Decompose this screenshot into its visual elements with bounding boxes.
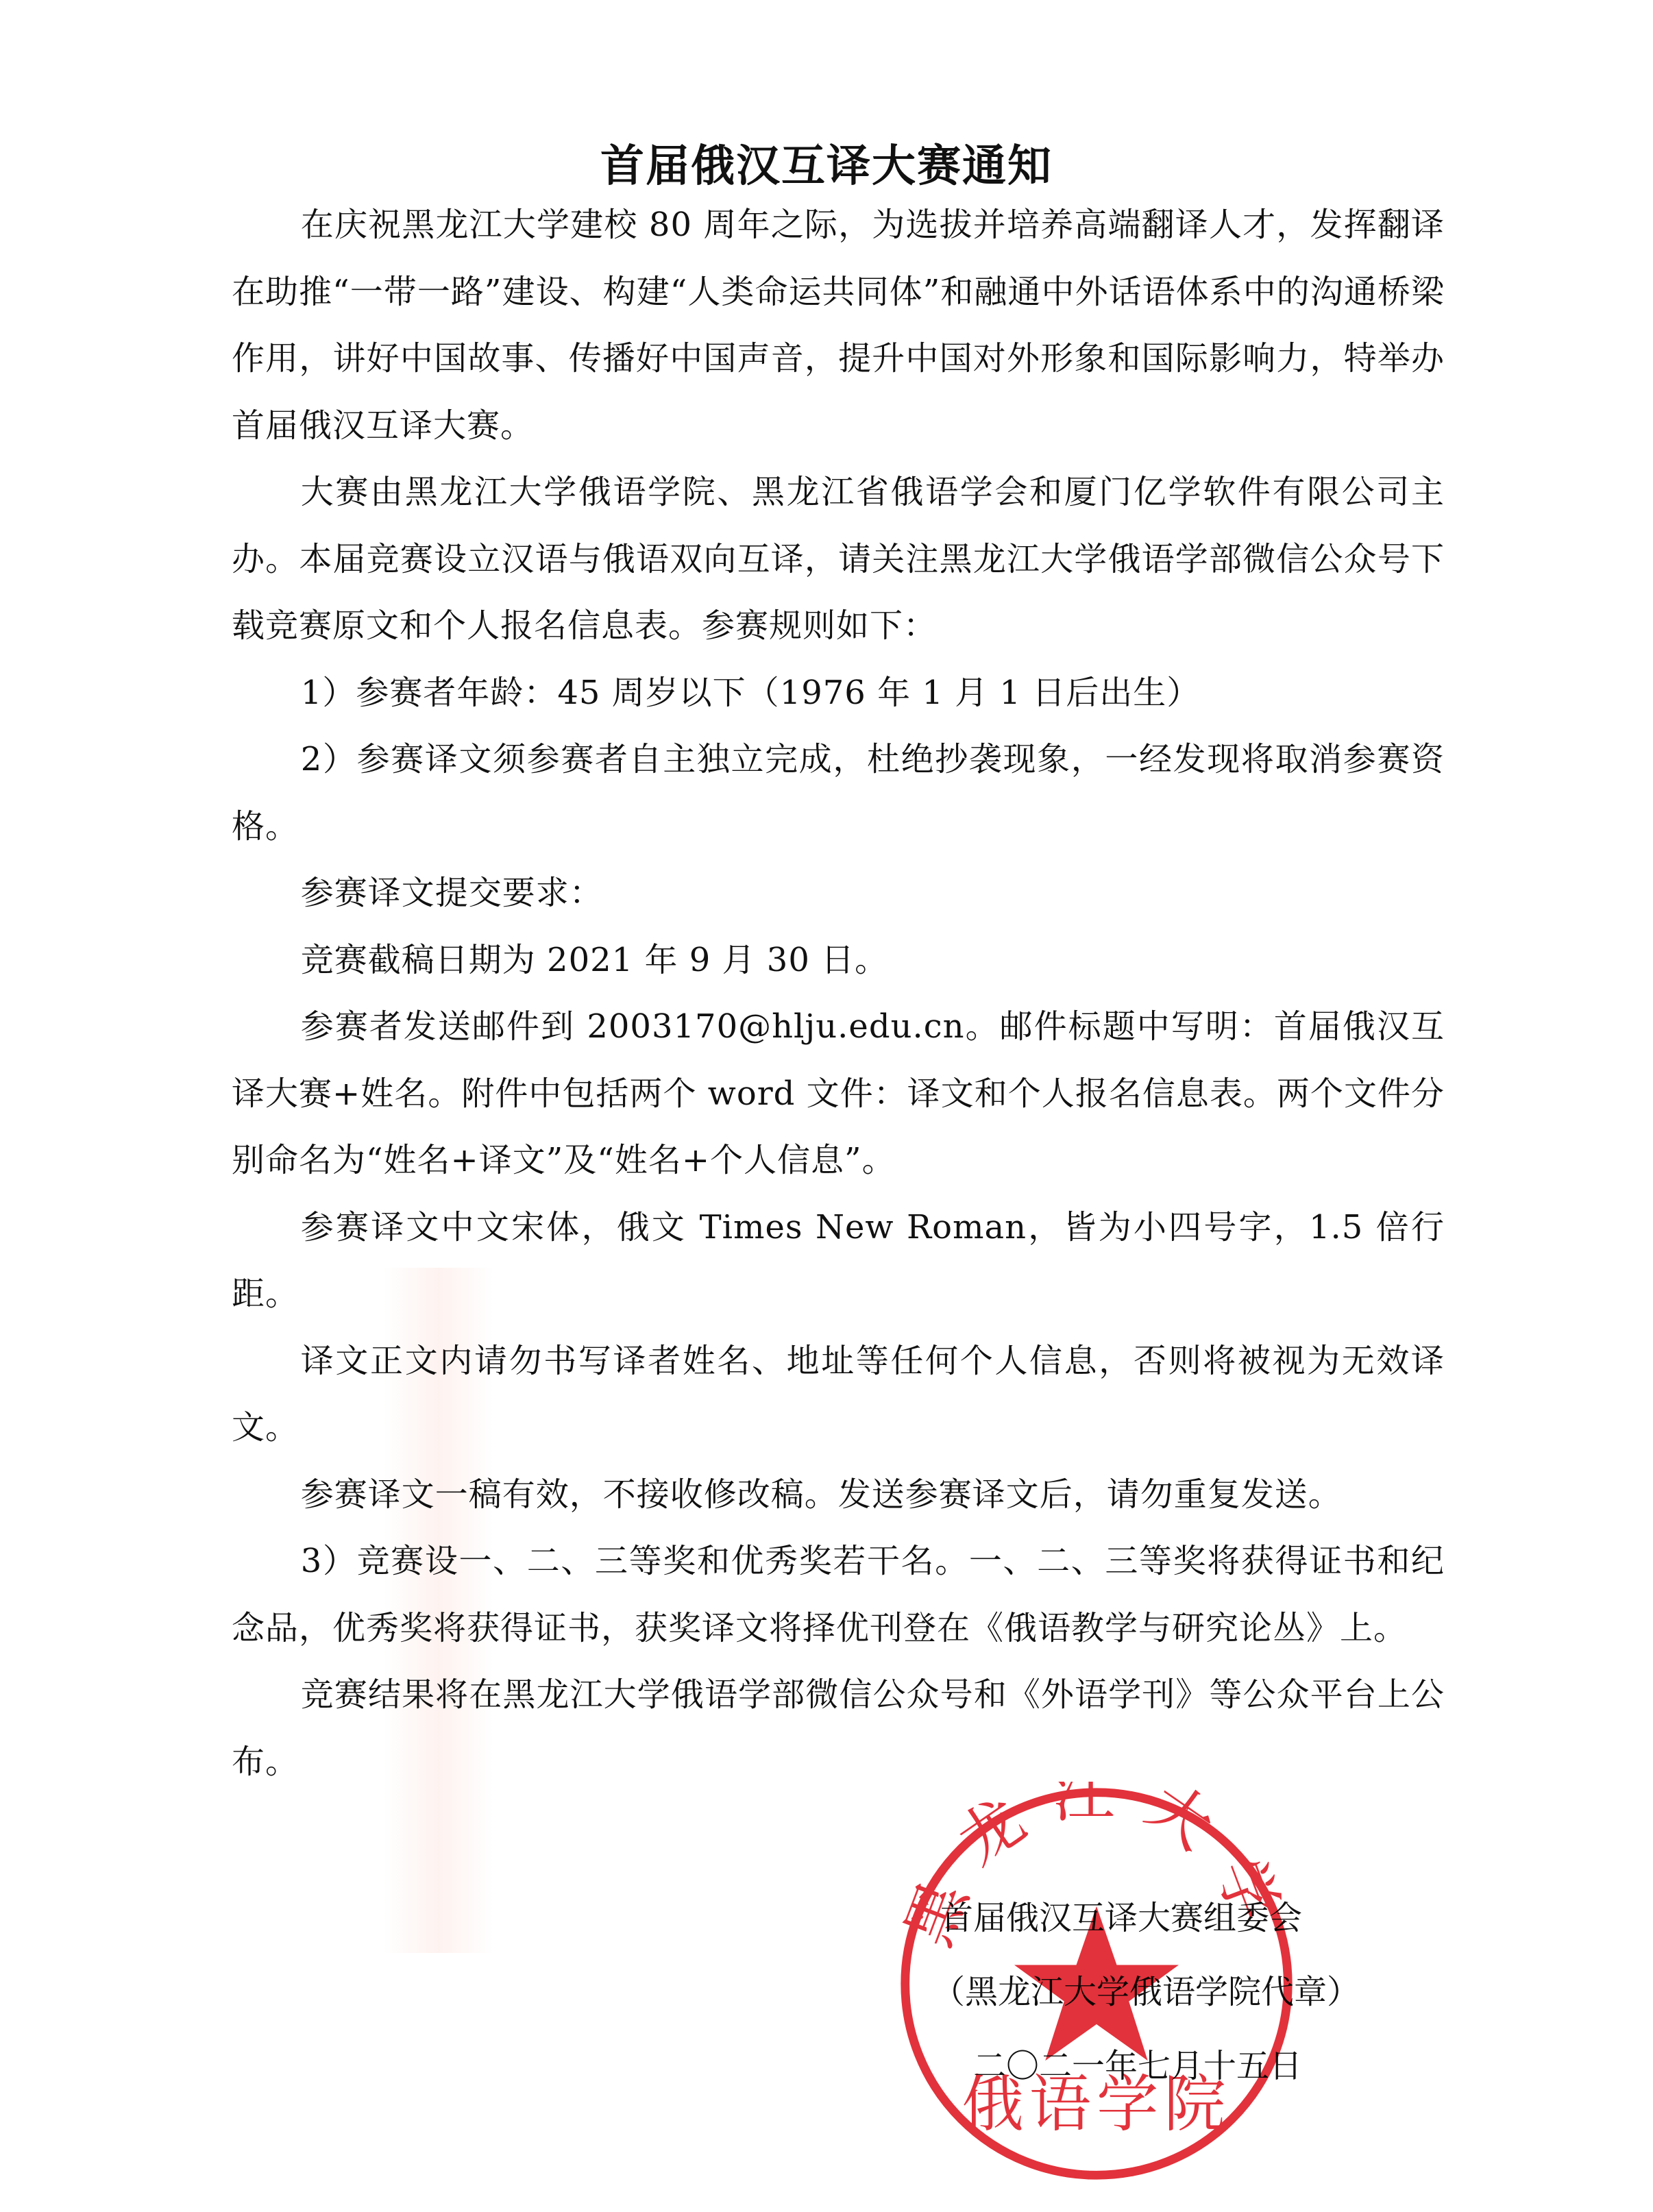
rule-age: 1）参赛者年龄：45 周岁以下（1976 年 1 月 1 日后出生） <box>232 660 1445 727</box>
document-page: 首届俄汉互译大赛通知 在庆祝黑龙江大学建校 80 周年之际，为选拔并培养高端翻译… <box>0 0 1653 2212</box>
paragraph-intro: 在庆祝黑龙江大学建校 80 周年之际，为选拔并培养高端翻译人才，发挥翻译在助推“… <box>232 192 1445 459</box>
rule-originality: 2）参赛译文须参赛者自主独立完成，杜绝抄袭现象，一经发现将取消参赛资格。 <box>232 726 1445 860</box>
submission-format: 参赛译文中文宋体，俄文 Times New Roman，皆为小四号字，1.5 倍… <box>232 1194 1445 1328</box>
submission-single-draft: 参赛译文一稿有效，不接收修改稿。发送参赛译文后，请勿重复发送。 <box>232 1462 1445 1529</box>
submission-anonymity: 译文正文内请勿书写译者姓名、地址等任何个人信息，否则将被视为无效译文。 <box>232 1328 1445 1462</box>
document-title: 首届俄汉互译大赛通知 <box>0 139 1653 194</box>
submission-deadline: 竞赛截稿日期为 2021 年 9 月 30 日。 <box>232 927 1445 994</box>
results-announcement: 竞赛结果将在黑龙江大学俄语学部微信公众号和《外语学刊》等公众平台上公布。 <box>232 1662 1445 1795</box>
signature-seal-note: （黑龙江大学俄语学院代章） <box>932 1955 1371 2029</box>
signature-date: 二〇二一年七月十五日 <box>932 2029 1371 2103</box>
signature-organizer: 首届俄汉互译大赛组委会 <box>932 1881 1371 1955</box>
submission-heading: 参赛译文提交要求： <box>232 860 1445 927</box>
document-body: 在庆祝黑龙江大学建校 80 周年之际，为选拔并培养高端翻译人才，发挥翻译在助推“… <box>232 192 1445 1795</box>
submission-email: 参赛者发送邮件到 2003170@hlju.edu.cn。邮件标题中写明：首届俄… <box>232 994 1445 1194</box>
paragraph-organizers: 大赛由黑龙江大学俄语学院、黑龙江省俄语学会和厦门亿学软件有限公司主办。本届竞赛设… <box>232 459 1445 660</box>
signature-block: 首届俄汉互译大赛组委会 （黑龙江大学俄语学院代章） 二〇二一年七月十五日 <box>932 1881 1371 2103</box>
rule-awards: 3）竞赛设一、二、三等奖和优秀奖若干名。一、二、三等奖将获得证书和纪念品，优秀奖… <box>232 1528 1445 1662</box>
